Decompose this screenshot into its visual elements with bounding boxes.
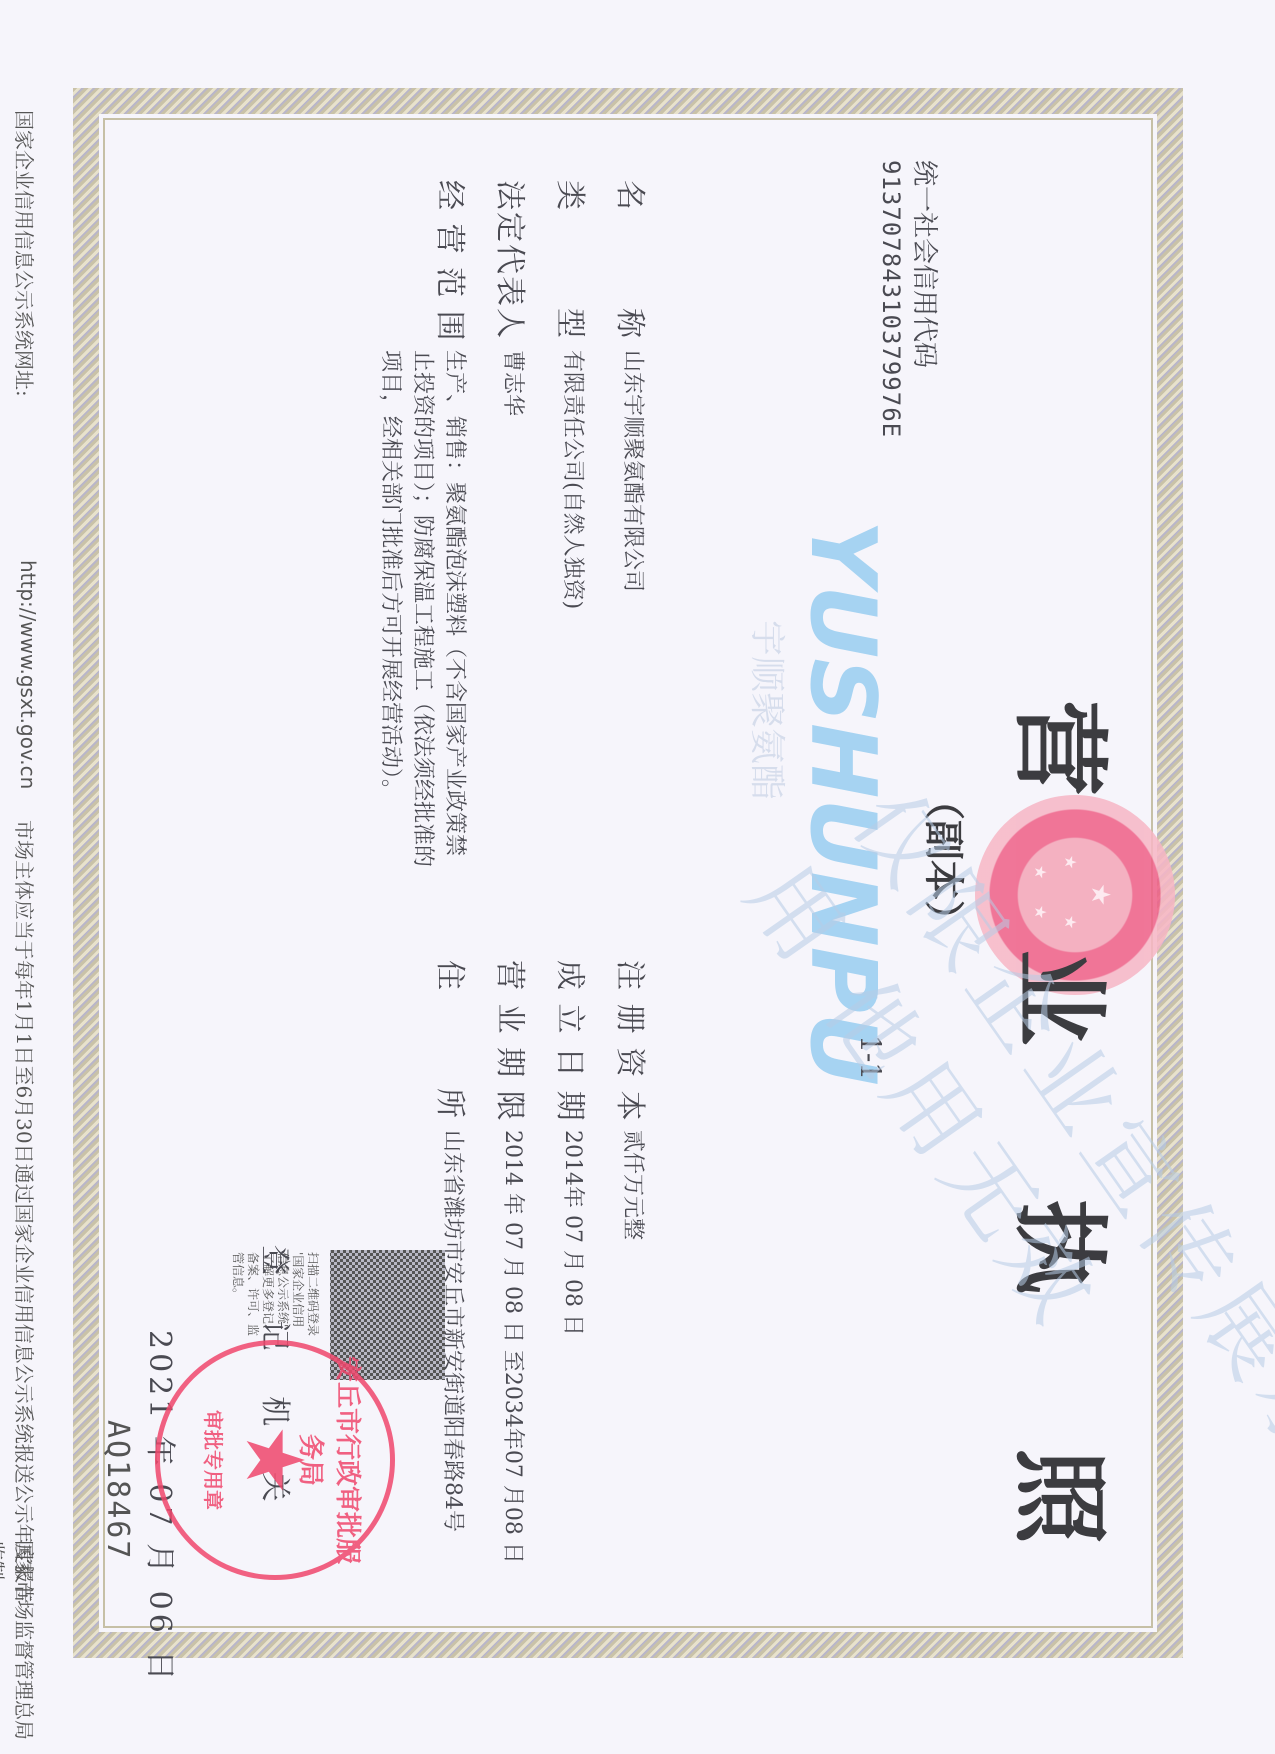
- field-label-business-term: 营 业 期 限: [491, 960, 535, 1123]
- field-label-legal-rep: 法定代表人: [491, 180, 535, 340]
- field-label-type: 类 型: [551, 180, 595, 340]
- field-label-name: 名 称: [611, 180, 655, 340]
- field-value-name: 山东宇顺聚氨酯有限公司: [619, 350, 650, 592]
- credit-code: 91370784310379976E: [877, 160, 905, 438]
- field-label-business-scope: 经 营 范 围: [431, 180, 475, 343]
- serial-number: AQ18467: [100, 1420, 135, 1560]
- footer-issuer: 国家市场监督管理总局监制: [0, 1540, 40, 1754]
- seal-text: 安丘市行政审批服务局: [294, 1345, 368, 1575]
- business-license-document: YUSHUNPU 宇顺聚氨酯 统一社会信用代码 9137078431037997…: [0, 0, 1275, 1754]
- footer-notice: 市场主体应当于每年1月1日至6月30日通过国家企业信用信息公示系统报送公示年度报…: [11, 820, 40, 1604]
- field-value-business-term: 2014 年 07 月 08 日 至2034年07 月08 日: [499, 1130, 530, 1564]
- field-label-registered-capital: 注 册 资 本: [611, 960, 655, 1123]
- field-label-established: 成 立 日 期: [551, 960, 595, 1123]
- field-label-address: 住 所: [431, 960, 475, 1120]
- footer-url-link[interactable]: http://www.gsxt.gov.cn: [16, 560, 40, 789]
- company-logo-cn: 宇顺聚氨酯: [744, 620, 795, 800]
- field-value-type: 有限责任公司(自然人独资): [559, 350, 590, 609]
- seal-subtext: 审批专用章: [200, 1345, 229, 1575]
- field-value-established: 2014年 07 月 08 日: [559, 1130, 590, 1336]
- field-value-business-scope: 生产、销售：聚氨酯泡沫塑料（不含国家产业政策禁止投资的项目）；防腐保温工程施工（…: [374, 350, 470, 870]
- field-value-legal-rep: 曹志华: [499, 350, 530, 416]
- official-seal: 安丘市行政审批服务局 ★ 审批专用章: [155, 1340, 395, 1580]
- credit-code-label: 统一社会信用代码: [908, 160, 945, 368]
- footer-system-label: 国家企业信用信息公示系统网址:: [11, 110, 40, 397]
- field-value-registered-capital: 贰仟万元整: [619, 1130, 650, 1240]
